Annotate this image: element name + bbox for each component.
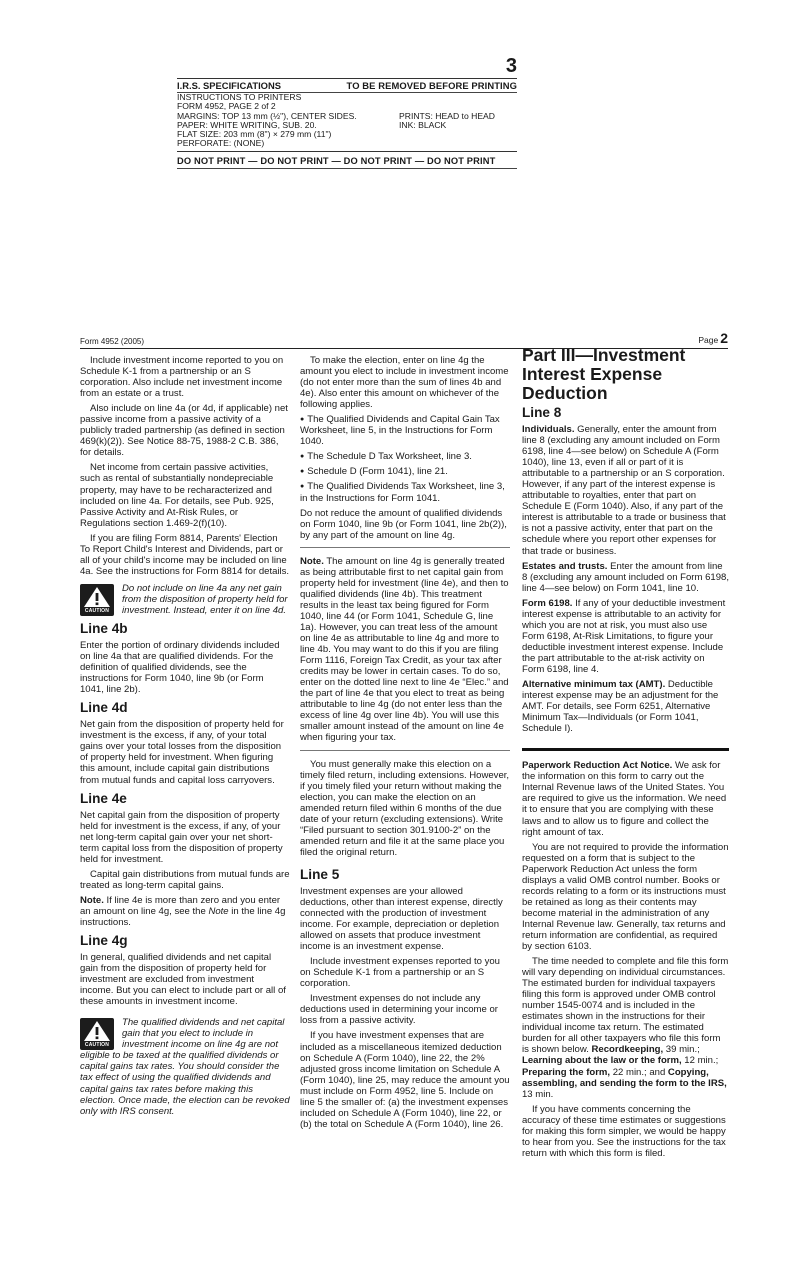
form-reference: Form 4952 (2005) bbox=[80, 337, 144, 346]
paragraph: Investment expenses do not include any d… bbox=[300, 993, 510, 1026]
column-3: Part III—Investment Interest Expense Ded… bbox=[522, 346, 729, 1163]
column-2: To make the election, enter on line 4g t… bbox=[300, 355, 510, 1134]
spec-title: I.R.S. SPECIFICATIONS bbox=[177, 80, 281, 91]
section-heading-line-5: Line 5 bbox=[300, 867, 510, 883]
printer-specifications: 3 I.R.S. SPECIFICATIONS TO BE REMOVED BE… bbox=[177, 56, 517, 169]
burden-paragraph: The time needed to complete and file thi… bbox=[522, 956, 729, 1100]
paragraph: If you have investment expenses that are… bbox=[300, 1030, 510, 1129]
paragraph: You are not required to provide the info… bbox=[522, 842, 729, 952]
caution-note: CAUTION Do not include on line 4a any ne… bbox=[80, 583, 290, 616]
paragraph: Capital gain distributions from mutual f… bbox=[80, 869, 290, 891]
caution-icon: CAUTION bbox=[80, 1018, 114, 1050]
section-heading-line-8: Line 8 bbox=[522, 405, 729, 421]
column-1: Include investment income reported to yo… bbox=[80, 355, 290, 1122]
paragraph: To make the election, enter on line 4g t… bbox=[300, 355, 510, 410]
divider bbox=[300, 750, 510, 751]
spec-bottom-rule bbox=[177, 151, 517, 152]
paragraph: If you have comments concerning the accu… bbox=[522, 1104, 729, 1159]
paragraph: Individuals. Generally, enter the amount… bbox=[522, 424, 729, 557]
paragraph: Net gain from the disposition of propert… bbox=[80, 719, 290, 785]
note-paragraph: Note. If line 4e is more than zero and y… bbox=[80, 895, 290, 928]
paragraph: Enter the portion of ordinary dividends … bbox=[80, 640, 290, 695]
paragraph: Include investment expenses reported to … bbox=[300, 956, 510, 989]
section-heading-line-4d: Line 4d bbox=[80, 700, 290, 716]
paragraph: Also include on line 4a (or 4d, if appli… bbox=[80, 403, 290, 458]
bullet-item: The Schedule D Tax Worksheet, line 3. bbox=[300, 451, 510, 462]
spec-title-row: I.R.S. SPECIFICATIONS TO BE REMOVED BEFO… bbox=[177, 79, 517, 91]
divider bbox=[300, 547, 510, 548]
spec-page-number: 3 bbox=[177, 56, 517, 78]
paragraph: Form 6198. If any of your deductible inv… bbox=[522, 598, 729, 675]
section-divider bbox=[522, 748, 729, 751]
spec-removal-notice: TO BE REMOVED BEFORE PRINTING bbox=[347, 80, 517, 91]
page-number: 2 bbox=[720, 330, 728, 346]
section-heading-line-4b: Line 4b bbox=[80, 621, 290, 637]
paragraph: You must generally make this election on… bbox=[300, 759, 510, 858]
part-title: Part III—Investment Interest Expense Ded… bbox=[522, 346, 729, 403]
bullet-item: The Qualified Dividends Tax Worksheet, l… bbox=[300, 481, 510, 503]
paragraph: If you are filing Form 8814, Parents' El… bbox=[80, 533, 290, 577]
caution-note: CAUTION The qualified dividends and net … bbox=[80, 1017, 290, 1116]
caution-text: Do not include on line 4a any net gain f… bbox=[122, 583, 288, 616]
page-indicator: Page2 bbox=[698, 330, 728, 346]
paragraph: Do not reduce the amount of qualified di… bbox=[300, 508, 510, 541]
note-paragraph: Note. The amount on line 4g is generally… bbox=[300, 556, 510, 744]
caution-icon: CAUTION bbox=[80, 584, 114, 616]
section-heading-line-4e: Line 4e bbox=[80, 791, 290, 807]
section-heading-line-4g: Line 4g bbox=[80, 933, 290, 949]
paragraph: Estates and trusts. Enter the amount fro… bbox=[522, 561, 729, 594]
paragraph: Alternative minimum tax (AMT). Deductibl… bbox=[522, 679, 729, 734]
bullet-item: The Qualified Dividends and Capital Gain… bbox=[300, 414, 510, 447]
paragraph: Paperwork Reduction Act Notice. We ask f… bbox=[522, 760, 729, 837]
do-not-print-banner: DO NOT PRINT — DO NOT PRINT — DO NOT PRI… bbox=[177, 155, 517, 167]
paragraph: Investment expenses are your allowed ded… bbox=[300, 886, 510, 952]
paragraph: Include investment income reported to yo… bbox=[80, 355, 290, 399]
paragraph: Net income from certain passive activiti… bbox=[80, 462, 290, 528]
spec-end-rule bbox=[177, 168, 517, 169]
paragraph: In general, qualified dividends and net … bbox=[80, 952, 290, 1007]
spec-line: PERFORATE: (NONE) bbox=[177, 139, 517, 148]
paragraph: Net capital gain from the disposition of… bbox=[80, 810, 290, 865]
bullet-item: Schedule D (Form 1041), line 21. bbox=[300, 466, 510, 477]
